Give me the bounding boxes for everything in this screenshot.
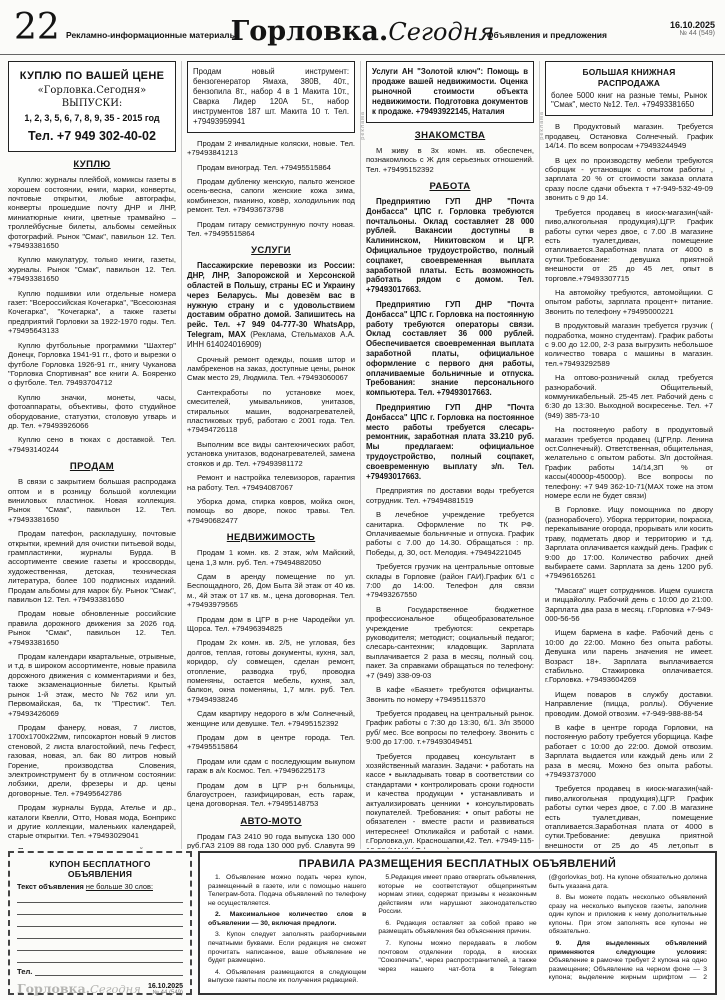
boxed-ad-line: КУПЛЮ ПО ВАШЕЙ ЦЕНЕ: [13, 69, 171, 83]
classified-ad: В Продуктовый магазин. Требуется продаве…: [545, 122, 713, 150]
column-2: Продам новый инструмент: бензогенератор …: [181, 61, 355, 849]
coupon-write-line[interactable]: [17, 903, 183, 915]
classified-ad: Срочный ремонт одежды, пошив штор и ламб…: [187, 355, 355, 383]
classified-ad: Пассажирские перевозки из России: ДНР, Л…: [187, 261, 355, 349]
coupon-issue: № 44 (549): [148, 990, 183, 996]
coupon-text-note: не больше 30 слов:: [86, 882, 153, 891]
coupon-phone-row: Тел.: [17, 965, 183, 976]
classified-ad: Предприятия по доставки воды требуется с…: [366, 486, 534, 505]
classified-ad: В кафе «Баязет» требуются официанты. Зво…: [366, 685, 534, 704]
classified-ad: На постоянную работу в продуктовый магаз…: [545, 425, 713, 500]
rule-item: 6. Редакция оставляет за собой право не …: [378, 920, 536, 937]
rule-item: 1. Объявление можно подать через купон, …: [208, 874, 366, 908]
logo-script-part: Сегодня: [388, 18, 494, 46]
rule-item: 8. Вы можете подать несколько объявлений…: [549, 894, 707, 937]
classified-ad: Требуется продавец на центральный рынок.…: [366, 709, 534, 747]
classified-ad: В Горловке. Ищу помощника по двору (разн…: [545, 505, 713, 580]
free-ad-coupon: КУПОН БЕСПЛАТНОГО ОБЪЯВЛЕНИЯ Текст объяв…: [8, 851, 192, 995]
classified-ad: Продам фанеру, новая, 7 листов, 1700х170…: [8, 723, 176, 798]
boxed-ad-line: 1, 2, 3, 5, 6, 7, 8, 9, 35 - 2015 год: [13, 113, 171, 125]
coupon-write-line[interactable]: [17, 891, 183, 903]
issue-date: 16.10.2025: [670, 20, 715, 30]
page-header: 22 Рекламно-информационные материалы Гор…: [0, 0, 725, 55]
coupon-logo-script: Сегодня: [90, 982, 141, 996]
classified-ad: Продам новые обновленные российские прав…: [8, 609, 176, 647]
rule-item: 5.Редакция имеет право отвергать объявле…: [378, 874, 536, 917]
coupon-date: 16.10.2025: [148, 983, 183, 990]
classified-ad: Требуется продавец в киоск-магазин(чай-п…: [545, 208, 713, 283]
classified-ad: Куплю сено в тюках с доставкой. Тел. +79…: [8, 435, 176, 454]
classified-ad: В цех по производству мебели требуются с…: [545, 156, 713, 203]
header-date-block: 16.10.2025 № 44 (549): [670, 20, 715, 37]
coupon-logo-bold: Горловка.: [17, 981, 90, 996]
boxed-ad: Продам новый инструмент: бензогенератор …: [187, 61, 355, 133]
coupon-title: КУПОН БЕСПЛАТНОГО ОБЪЯВЛЕНИЯ: [17, 859, 183, 879]
boxed-ad: КУПЛЮ ПО ВАШЕЙ ЦЕНЕ«Горловка.Сегодня» ВЫ…: [8, 61, 176, 152]
section-header: ПРОДАМ: [8, 461, 176, 472]
coupon-write-line[interactable]: [17, 927, 183, 939]
rules-box: ПРАВИЛА РАЗМЕЩЕНИЯ БЕСПЛАТНЫХ ОБЪЯВЛЕНИЙ…: [198, 851, 717, 995]
classified-ad: В лечебное учреждение требуется санитарк…: [366, 510, 534, 557]
coupon-logo: Горловка.Сегодня: [17, 980, 141, 998]
classified-ad: В Государственное бюджетное профессионал…: [366, 605, 534, 680]
newspaper-page: 22 Рекламно-информационные материалы Гор…: [0, 0, 725, 1000]
classified-ad: Продам дом в центре города. Тел. +794955…: [187, 733, 355, 752]
classified-ad: Продам виноград. Тел. +79495515864: [187, 163, 355, 172]
classified-ad: Сдам квартиру недорого в ж/м Солнечный, …: [187, 709, 355, 728]
classified-ad: Предприятию ГУП ДНР "Почта Донбасса" ЦПС…: [366, 403, 534, 481]
classified-ad: В продуктовый магазин требуется грузчик …: [545, 321, 713, 368]
classified-ad: Требуется грузчик на центральные оптовые…: [366, 562, 534, 600]
classified-ad: М живу в 3х комн. кв. обеспечен, познако…: [366, 146, 534, 174]
classified-ad: Ищем бармена в кафе. Рабочий день с 10:0…: [545, 628, 713, 684]
coupon-text-label: Текст объявления: [17, 882, 84, 891]
classified-ad: Выполним все виды сантехнических работ, …: [187, 440, 355, 468]
classified-ad: Продам календари квартальные, отрывные, …: [8, 652, 176, 718]
boxed-ad-line: Тел. +7 949 302-40-02: [13, 128, 171, 144]
classified-ad: Продам патефон, раскладушку, почтовые от…: [8, 529, 176, 604]
classified-ad: Уборка дома, стирка ковров, мойка окон, …: [187, 497, 355, 525]
classified-ad: Сдам в аренду помещение по ул. Беспощадн…: [187, 572, 355, 610]
header-right-label: Объявления и предложения: [487, 30, 607, 40]
column-3: Услуги АН "Золотой ключ": Помощь в прода…: [360, 61, 534, 849]
rule-item: 4. Объявления размещаются в следующем вы…: [208, 969, 366, 986]
boxed-ad: БОЛЬШАЯ КНИЖНАЯ РАСПРОДАЖАболее 5000 кни…: [545, 61, 713, 116]
section-header: РАБОТА: [366, 181, 534, 192]
logo-bold-part: Горловка.: [231, 16, 389, 47]
classified-ad: На автомойку требуются, автомойщики. С о…: [545, 288, 713, 316]
coupon-footer: Горловка.Сегодня 16.10.2025 № 44 (549): [17, 980, 183, 998]
bottom-row: КУПОН БЕСПЛАТНОГО ОБЪЯВЛЕНИЯ Текст объяв…: [0, 849, 725, 995]
coupon-write-line[interactable]: [17, 951, 183, 963]
classified-ad: Продам дубленку женскую, пальто женское …: [187, 177, 355, 215]
classified-ad: Ремонт и настройка телевизоров, гарантия…: [187, 473, 355, 492]
classified-ad: Продам дом в ЦГР р-н больницы, благоустр…: [187, 781, 355, 809]
classified-ad: Требуется продавец консультант в хозяйст…: [366, 752, 534, 849]
classified-ad: На оптово-розничный склад требуется разн…: [545, 373, 713, 420]
coupon-phone-label: Тел.: [17, 967, 32, 976]
classified-ad: Продам журналы Бурда, Ателье и др., ката…: [8, 803, 176, 841]
classified-ad: Предприятию ГУП ДНР "Почта Донбасса" ЦПС…: [366, 300, 534, 398]
classified-ad: Куплю значки, монеты, часы, фотоаппараты…: [8, 393, 176, 431]
classified-ad: "Масага" ищет сотрудников. Ищем сушиста …: [545, 586, 713, 624]
newspaper-logo: Горловка.Сегодня: [0, 16, 725, 47]
classified-ad: Требуется продавец в киоск-магазин(чай-п…: [545, 784, 713, 849]
classified-ad: Ищем поваров в службу доставки. Направле…: [545, 690, 713, 718]
column-4: БОЛЬШАЯ КНИЖНАЯ РАСПРОДАЖАболее 5000 кни…: [539, 61, 713, 849]
classified-ad: Продам 1 комн. кв. 2 этаж, ж/м Майский, …: [187, 548, 355, 567]
boxed-ad-title: БОЛЬШАЯ КНИЖНАЯ РАСПРОДАЖА: [551, 67, 707, 89]
classified-ad: Куплю: журналы плейбой, комиксы газеты в…: [8, 175, 176, 250]
rules-text: 1. Объявление можно подать через купон, …: [208, 874, 707, 986]
column-1: КУПЛЮ ПО ВАШЕЙ ЦЕНЕ«Горловка.Сегодня» ВЫ…: [8, 61, 176, 849]
classified-ad: Куплю макулатуру, только книги, газеты, …: [8, 255, 176, 283]
classified-ad: Куплю подшивки или отдельные номера газе…: [8, 289, 176, 336]
classified-ad: Продам дом в ЦГР в р-не Чародейки ул. Що…: [187, 615, 355, 634]
classified-ad: Куплю футбольные программки "Шахтер" Дон…: [8, 341, 176, 388]
ad-marker-vertical: реклама: [539, 111, 545, 140]
coupon-subtitle: Текст объявления не больше 30 слов:: [17, 882, 183, 891]
classifieds-columns: КУПЛЮ ПО ВАШЕЙ ЦЕНЕ«Горловка.Сегодня» ВЫ…: [0, 55, 725, 849]
boxed-ad: Услуги АН "Золотой ключ": Помощь в прода…: [366, 61, 534, 123]
section-header: КУПЛЮ: [8, 159, 176, 170]
classified-ad: Продам ГАЗ 2410 90 года выпуска 130 000 …: [187, 832, 355, 849]
section-header: УСЛУГИ: [187, 245, 355, 256]
classified-ad: Продам или сдам с последующим выкупом га…: [187, 757, 355, 776]
classified-ad: Продам 2х комн. кв. 2/5, не угловая, без…: [187, 638, 355, 704]
coupon-date-block: 16.10.2025 № 44 (549): [148, 983, 183, 996]
rule-item: 3. Купон следует заполнять разборчивыми …: [208, 931, 366, 965]
rules-title: ПРАВИЛА РАЗМЕЩЕНИЯ БЕСПЛАТНЫХ ОБЪЯВЛЕНИЙ: [208, 858, 707, 870]
coupon-phone-line[interactable]: [35, 965, 183, 976]
classified-ad: В кафе в центре города Горловки, на пост…: [545, 723, 713, 779]
classified-ad: Сантехработы по установке моек, смесител…: [187, 388, 355, 435]
classified-ad: Предприятию ГУП ДНР "Почта Донбасса" ЦПС…: [366, 197, 534, 295]
boxed-ad-line: «Горловка.Сегодня» ВЫПУСКИ:: [13, 85, 171, 111]
section-header: НЕДВИЖИМОСТЬ: [187, 532, 355, 543]
ad-marker-vertical: реклама: [360, 111, 366, 140]
coupon-write-line[interactable]: [17, 915, 183, 927]
classified-ad: Продам палочки для химической завивки ра…: [8, 846, 176, 849]
section-header: ЗНАКОМСТВА: [366, 130, 534, 141]
issue-number: № 44 (549): [670, 30, 715, 37]
section-header: АВТО-МОТО: [187, 816, 355, 827]
coupon-write-line[interactable]: [17, 939, 183, 951]
rule-item: 2. Максимальное количество слов в объявл…: [208, 911, 366, 928]
classified-ad: Продам гитару семиструнную почту новая. …: [187, 220, 355, 239]
classified-ad: В связи с закрытием большая распродажа о…: [8, 477, 176, 524]
classified-ad: Продам 2 инвалидные коляски, новые. Тел.…: [187, 139, 355, 158]
